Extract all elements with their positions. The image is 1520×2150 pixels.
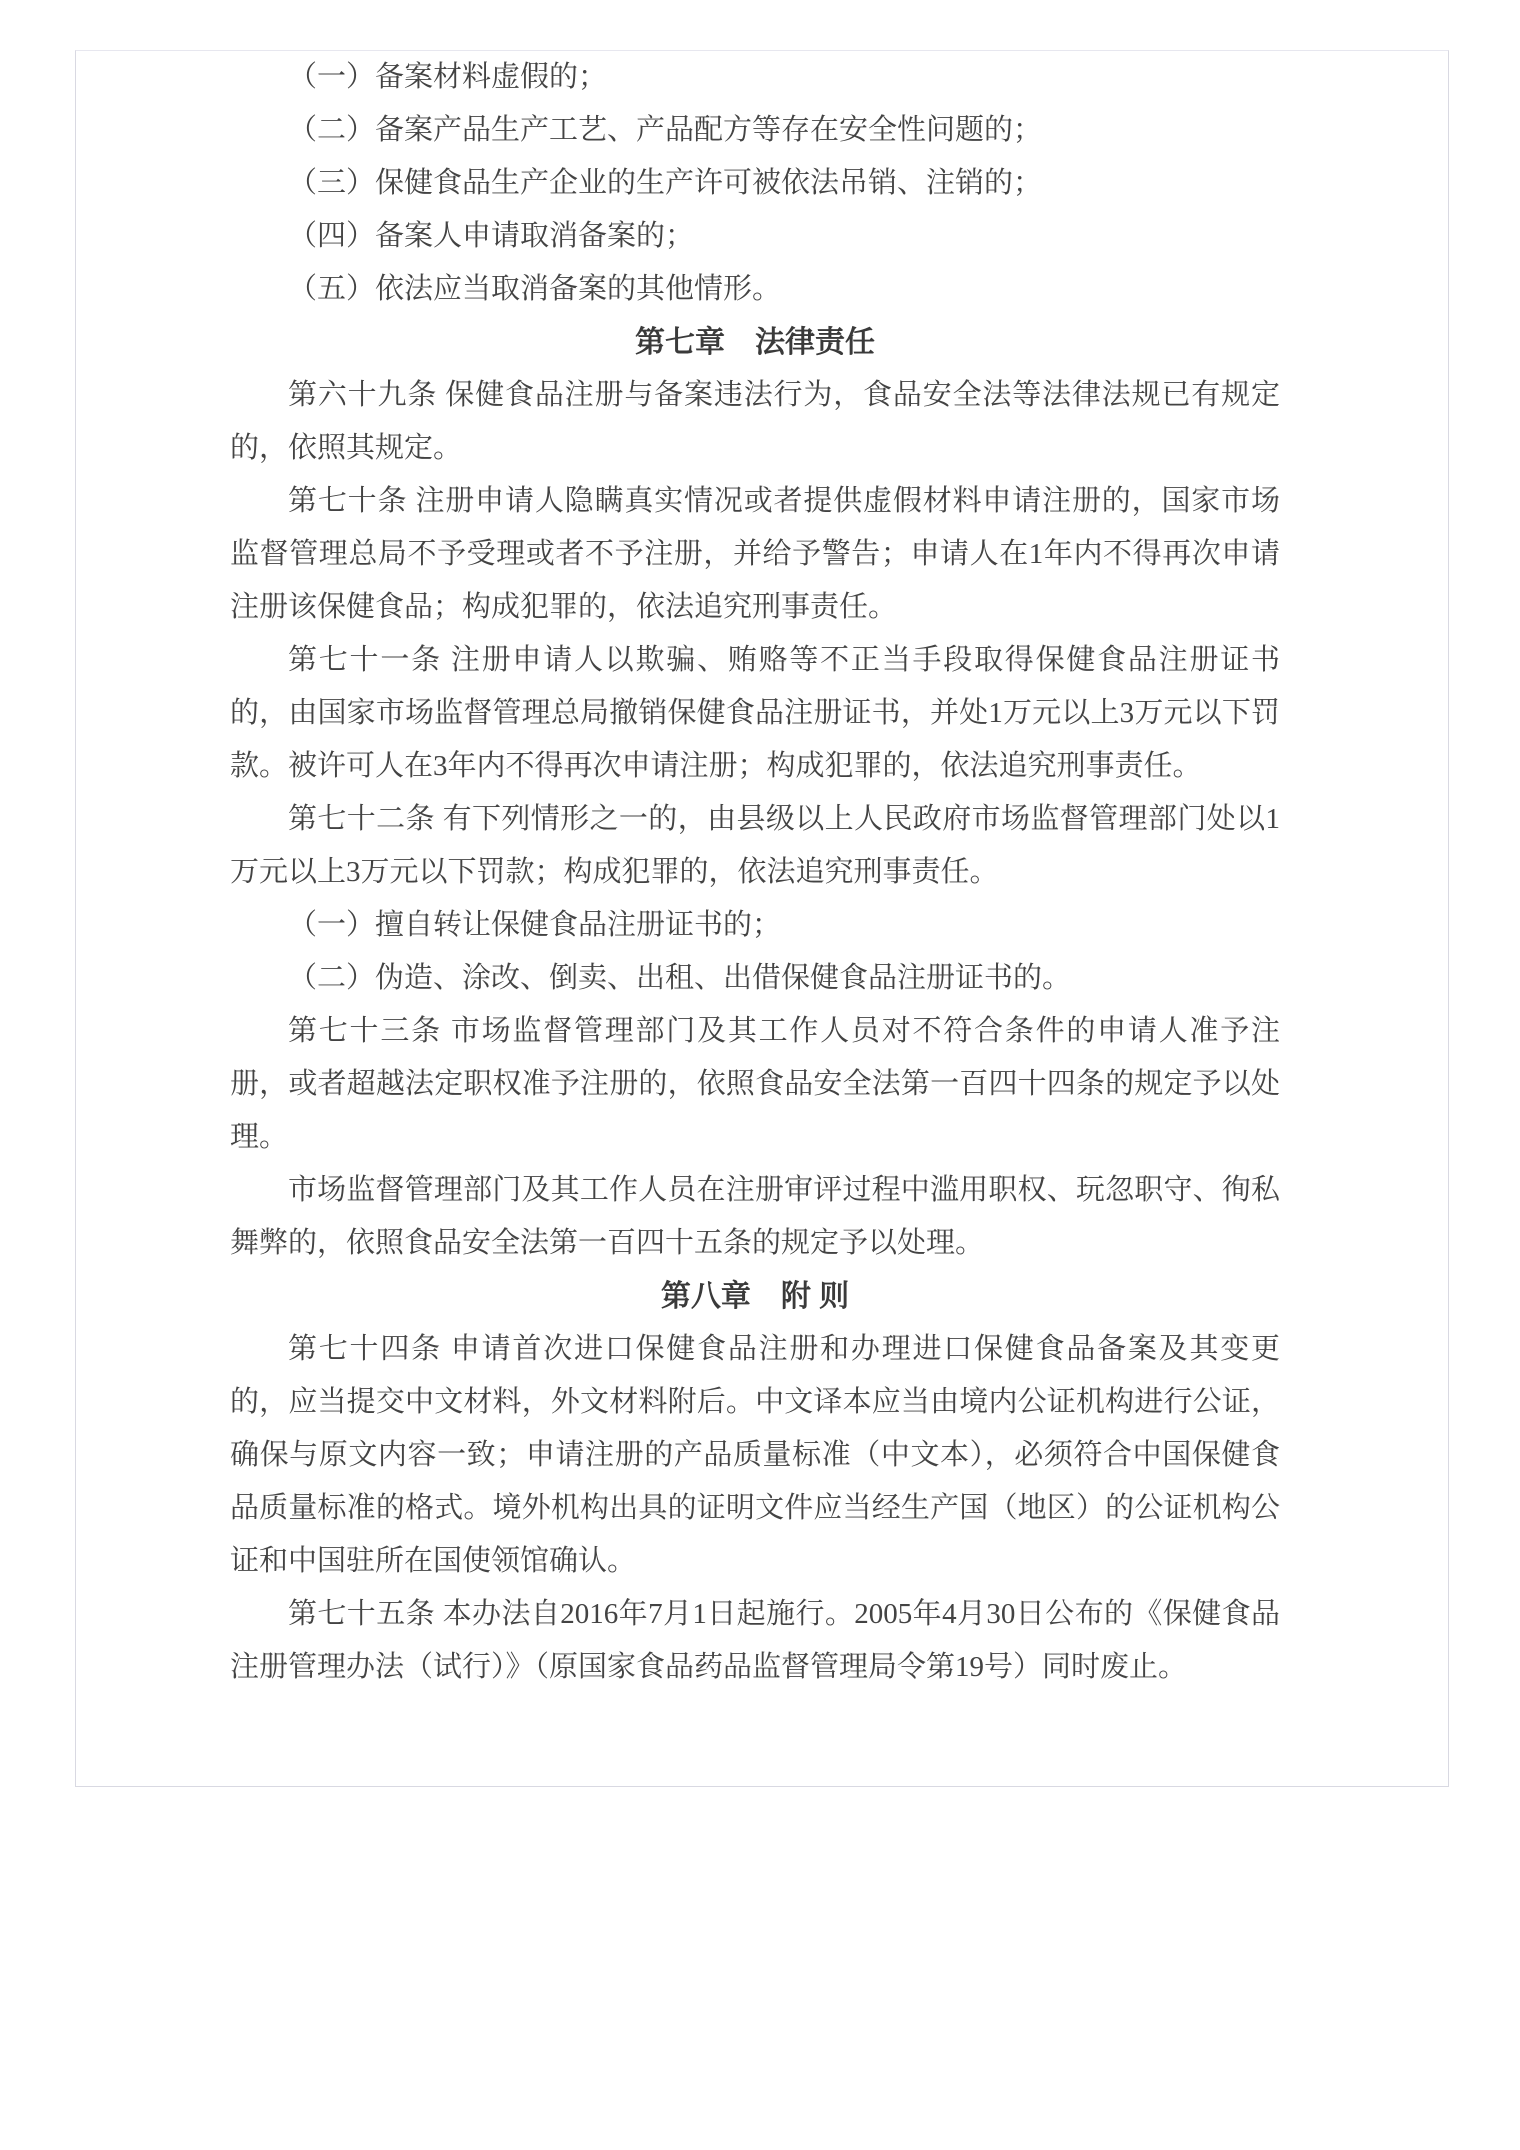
list-item-penalty-2: （二）伪造、涂改、倒卖、出租、出借保健食品注册证书的。 xyxy=(230,952,1280,1005)
article-73-paragraph-2: 市场监督管理部门及其工作人员在注册审评过程中滥用职权、玩忽职守、徇私舞弊的，依照… xyxy=(230,1164,1280,1270)
article-69-paragraph: 第六十九条 保健食品注册与备案违法行为，食品安全法等法律法规已有规定的，依照其规… xyxy=(230,369,1280,475)
list-item-penalty-1: （一）擅自转让保健食品注册证书的； xyxy=(230,899,1280,952)
list-item-cancel-5: （五）依法应当取消备案的其他情形。 xyxy=(230,263,1280,316)
article-70-paragraph: 第七十条 注册申请人隐瞒真实情况或者提供虚假材料申请注册的，国家市场监督管理总局… xyxy=(230,475,1280,634)
article-73-paragraph: 第七十三条 市场监督管理部门及其工作人员对不符合条件的申请人准予注册，或者超越法… xyxy=(230,1005,1280,1164)
article-72-paragraph: 第七十二条 有下列情形之一的，由县级以上人民政府市场监督管理部门处以1万元以上3… xyxy=(230,793,1280,899)
list-item-cancel-2: （二）备案产品生产工艺、产品配方等存在安全性问题的； xyxy=(230,104,1280,157)
article-74-paragraph: 第七十四条 申请首次进口保健食品注册和办理进口保健食品备案及其变更的，应当提交中… xyxy=(230,1323,1280,1588)
chapter-7-heading: 第七章 法律责任 xyxy=(230,316,1280,369)
chapter-8-heading: 第八章 附 则 xyxy=(230,1270,1280,1323)
list-item-cancel-4: （四）备案人申请取消备案的； xyxy=(230,210,1280,263)
article-71-paragraph: 第七十一条 注册申请人以欺骗、贿赂等不正当手段取得保健食品注册证书的，由国家市场… xyxy=(230,634,1280,793)
document-content: （一）备案材料虚假的； （二）备案产品生产工艺、产品配方等存在安全性问题的； （… xyxy=(230,51,1280,1694)
document-page: （一）备案材料虚假的； （二）备案产品生产工艺、产品配方等存在安全性问题的； （… xyxy=(75,50,1449,1787)
article-75-paragraph: 第七十五条 本办法自2016年7月1日起施行。2005年4月30日公布的《保健食… xyxy=(230,1588,1280,1694)
list-item-cancel-1: （一）备案材料虚假的； xyxy=(230,51,1280,104)
list-item-cancel-3: （三）保健食品生产企业的生产许可被依法吊销、注销的； xyxy=(230,157,1280,210)
